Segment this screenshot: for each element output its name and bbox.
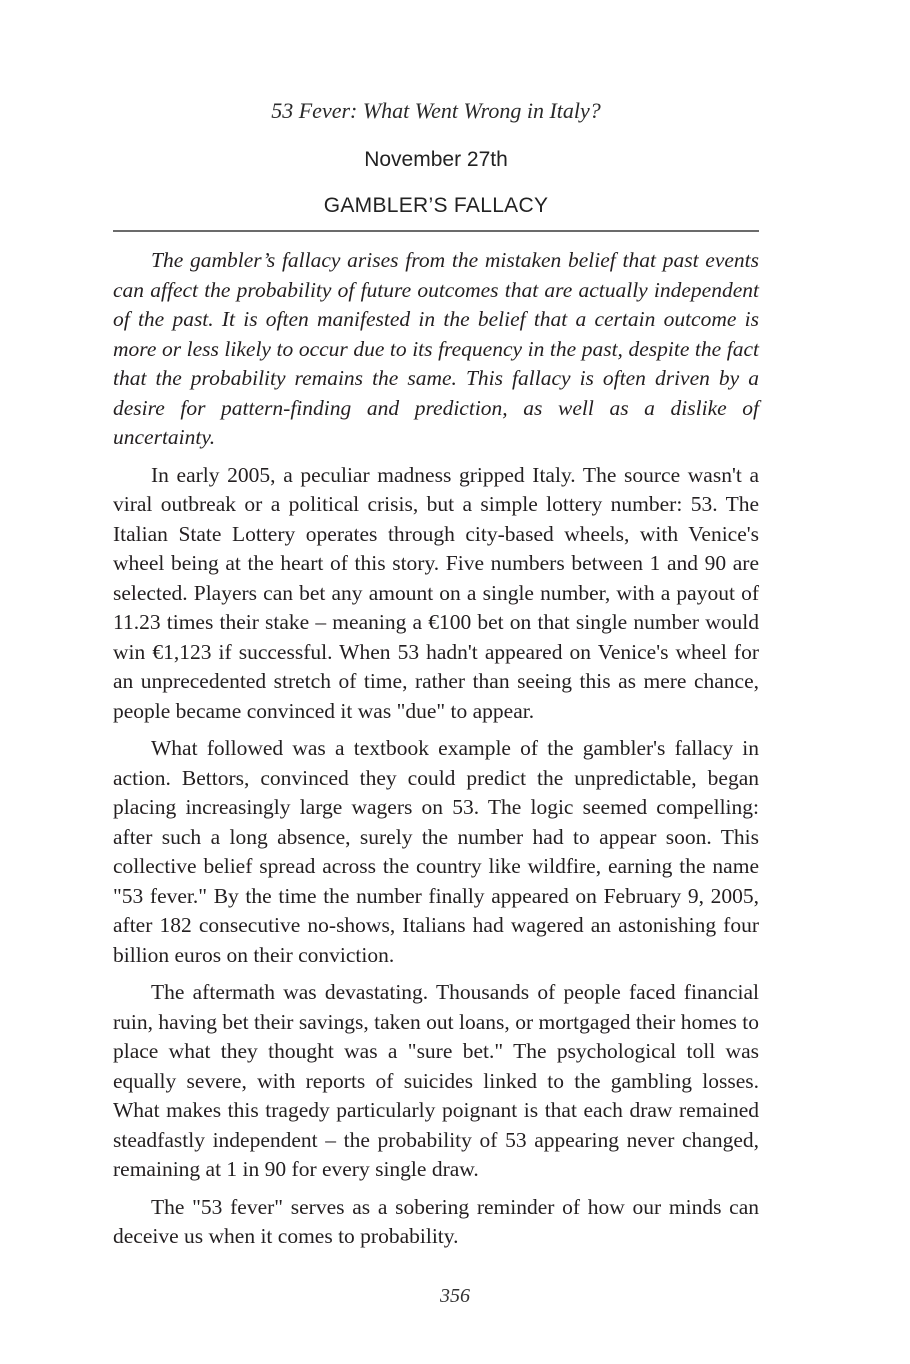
paragraph: What followed was a textbook example of … [113, 734, 759, 970]
page-number: 356 [0, 1285, 910, 1308]
intro-paragraph: The gambler’s fallacy arises from the mi… [113, 246, 759, 453]
book-page: 53 Fever: What Went Wrong in Italy? Nove… [113, 96, 759, 1260]
paragraph: The "53 fever" serves as a sobering remi… [113, 1193, 759, 1252]
body-text: The gambler’s fallacy arises from the mi… [113, 246, 759, 1252]
running-head: 53 Fever: What Went Wrong in Italy? [113, 96, 759, 126]
title-divider [113, 230, 759, 232]
entry-date: November 27th [113, 146, 759, 174]
paragraph: In early 2005, a peculiar madness grippe… [113, 461, 759, 727]
paragraph: The aftermath was devastating. Thousands… [113, 978, 759, 1185]
entry-title: GAMBLER’S FALLACY [113, 192, 759, 220]
